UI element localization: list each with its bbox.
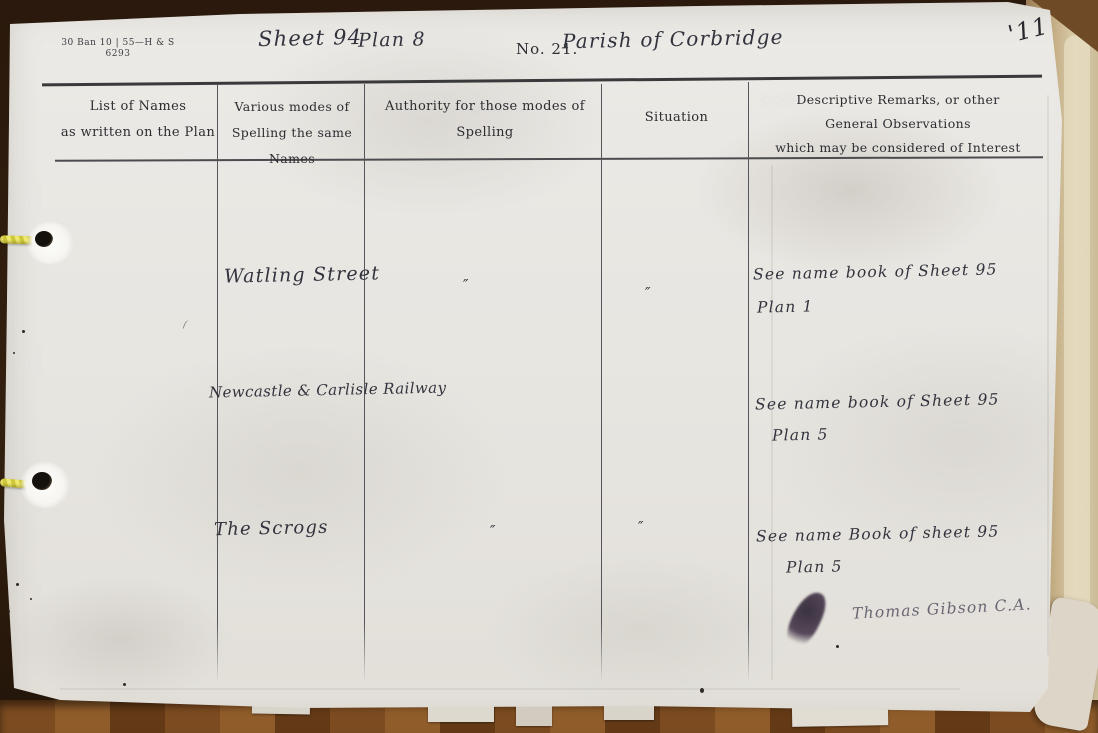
- binding-hole: [32, 472, 52, 490]
- ditto-mark-situation: ″: [638, 518, 644, 536]
- entry-remarks-line: Plan 5: [772, 425, 829, 444]
- column-header-line: Spelling: [368, 120, 602, 146]
- entry-remarks-line: Plan 1: [757, 297, 814, 316]
- parish-name: Parish of Corbridge: [562, 25, 784, 54]
- binding-hole: [35, 231, 53, 247]
- paper-speck: [123, 683, 126, 686]
- paper-speck: [13, 352, 15, 354]
- entry-name: The Scrogs: [214, 517, 329, 540]
- entry-remarks-line: Plan 5: [786, 557, 843, 576]
- paper-speck: [700, 688, 704, 693]
- column-header-line: Situation: [604, 105, 749, 131]
- sheet-number: Sheet 94: [258, 25, 363, 51]
- paper-speck: [30, 598, 32, 600]
- column-header-line: as written on the Plan: [58, 120, 218, 146]
- printer-stamp: 30 Ban 10 | 55—H & S 6293: [58, 38, 178, 60]
- column-header-line: Various modes of: [219, 94, 365, 120]
- column-header-line: General Observations: [752, 112, 1044, 136]
- column-header-spelling: Various modes of Spelling the same Names: [219, 94, 365, 172]
- paper-speck: [836, 645, 839, 648]
- paper-speck: [8, 610, 10, 613]
- column-divider: [748, 82, 749, 682]
- paper-crease: [1047, 95, 1049, 655]
- ditto-mark-situation: ″: [645, 284, 651, 302]
- column-header-names: List of Names as written on the Plan: [58, 94, 218, 146]
- scanned-register-page: 30 Ban 10 | 55—H & S 6293 Sheet 94 Plan …: [0, 0, 1098, 733]
- paper-speck: [16, 583, 19, 586]
- column-header-line: which may be considered of Interest: [752, 136, 1044, 160]
- column-header-situation: Situation: [604, 105, 749, 131]
- ditto-mark-authority: ″: [490, 522, 496, 540]
- ditto-mark-authority: ″: [463, 276, 469, 294]
- column-header-line: List of Names: [58, 94, 218, 120]
- column-header-line: Descriptive Remarks, or other: [752, 88, 1044, 112]
- column-header-remarks: Descriptive Remarks, or other General Ob…: [752, 88, 1044, 160]
- paper-crease: [60, 688, 960, 690]
- paper-speck: [22, 330, 25, 333]
- column-header-line: Authority for those modes of: [368, 94, 602, 120]
- printer-stamp-line1: 30 Ban 10 | 55—H & S: [58, 38, 178, 49]
- paper-crease: [771, 165, 773, 680]
- plan-number: Plan 8: [358, 28, 426, 51]
- entry-name: Watling Street: [224, 262, 381, 287]
- printer-stamp-line2: 6293: [58, 49, 178, 60]
- column-header-authority: Authority for those modes of Spelling: [368, 94, 602, 146]
- column-divider: [601, 84, 602, 682]
- column-header-line: Spelling the same Names: [219, 120, 365, 172]
